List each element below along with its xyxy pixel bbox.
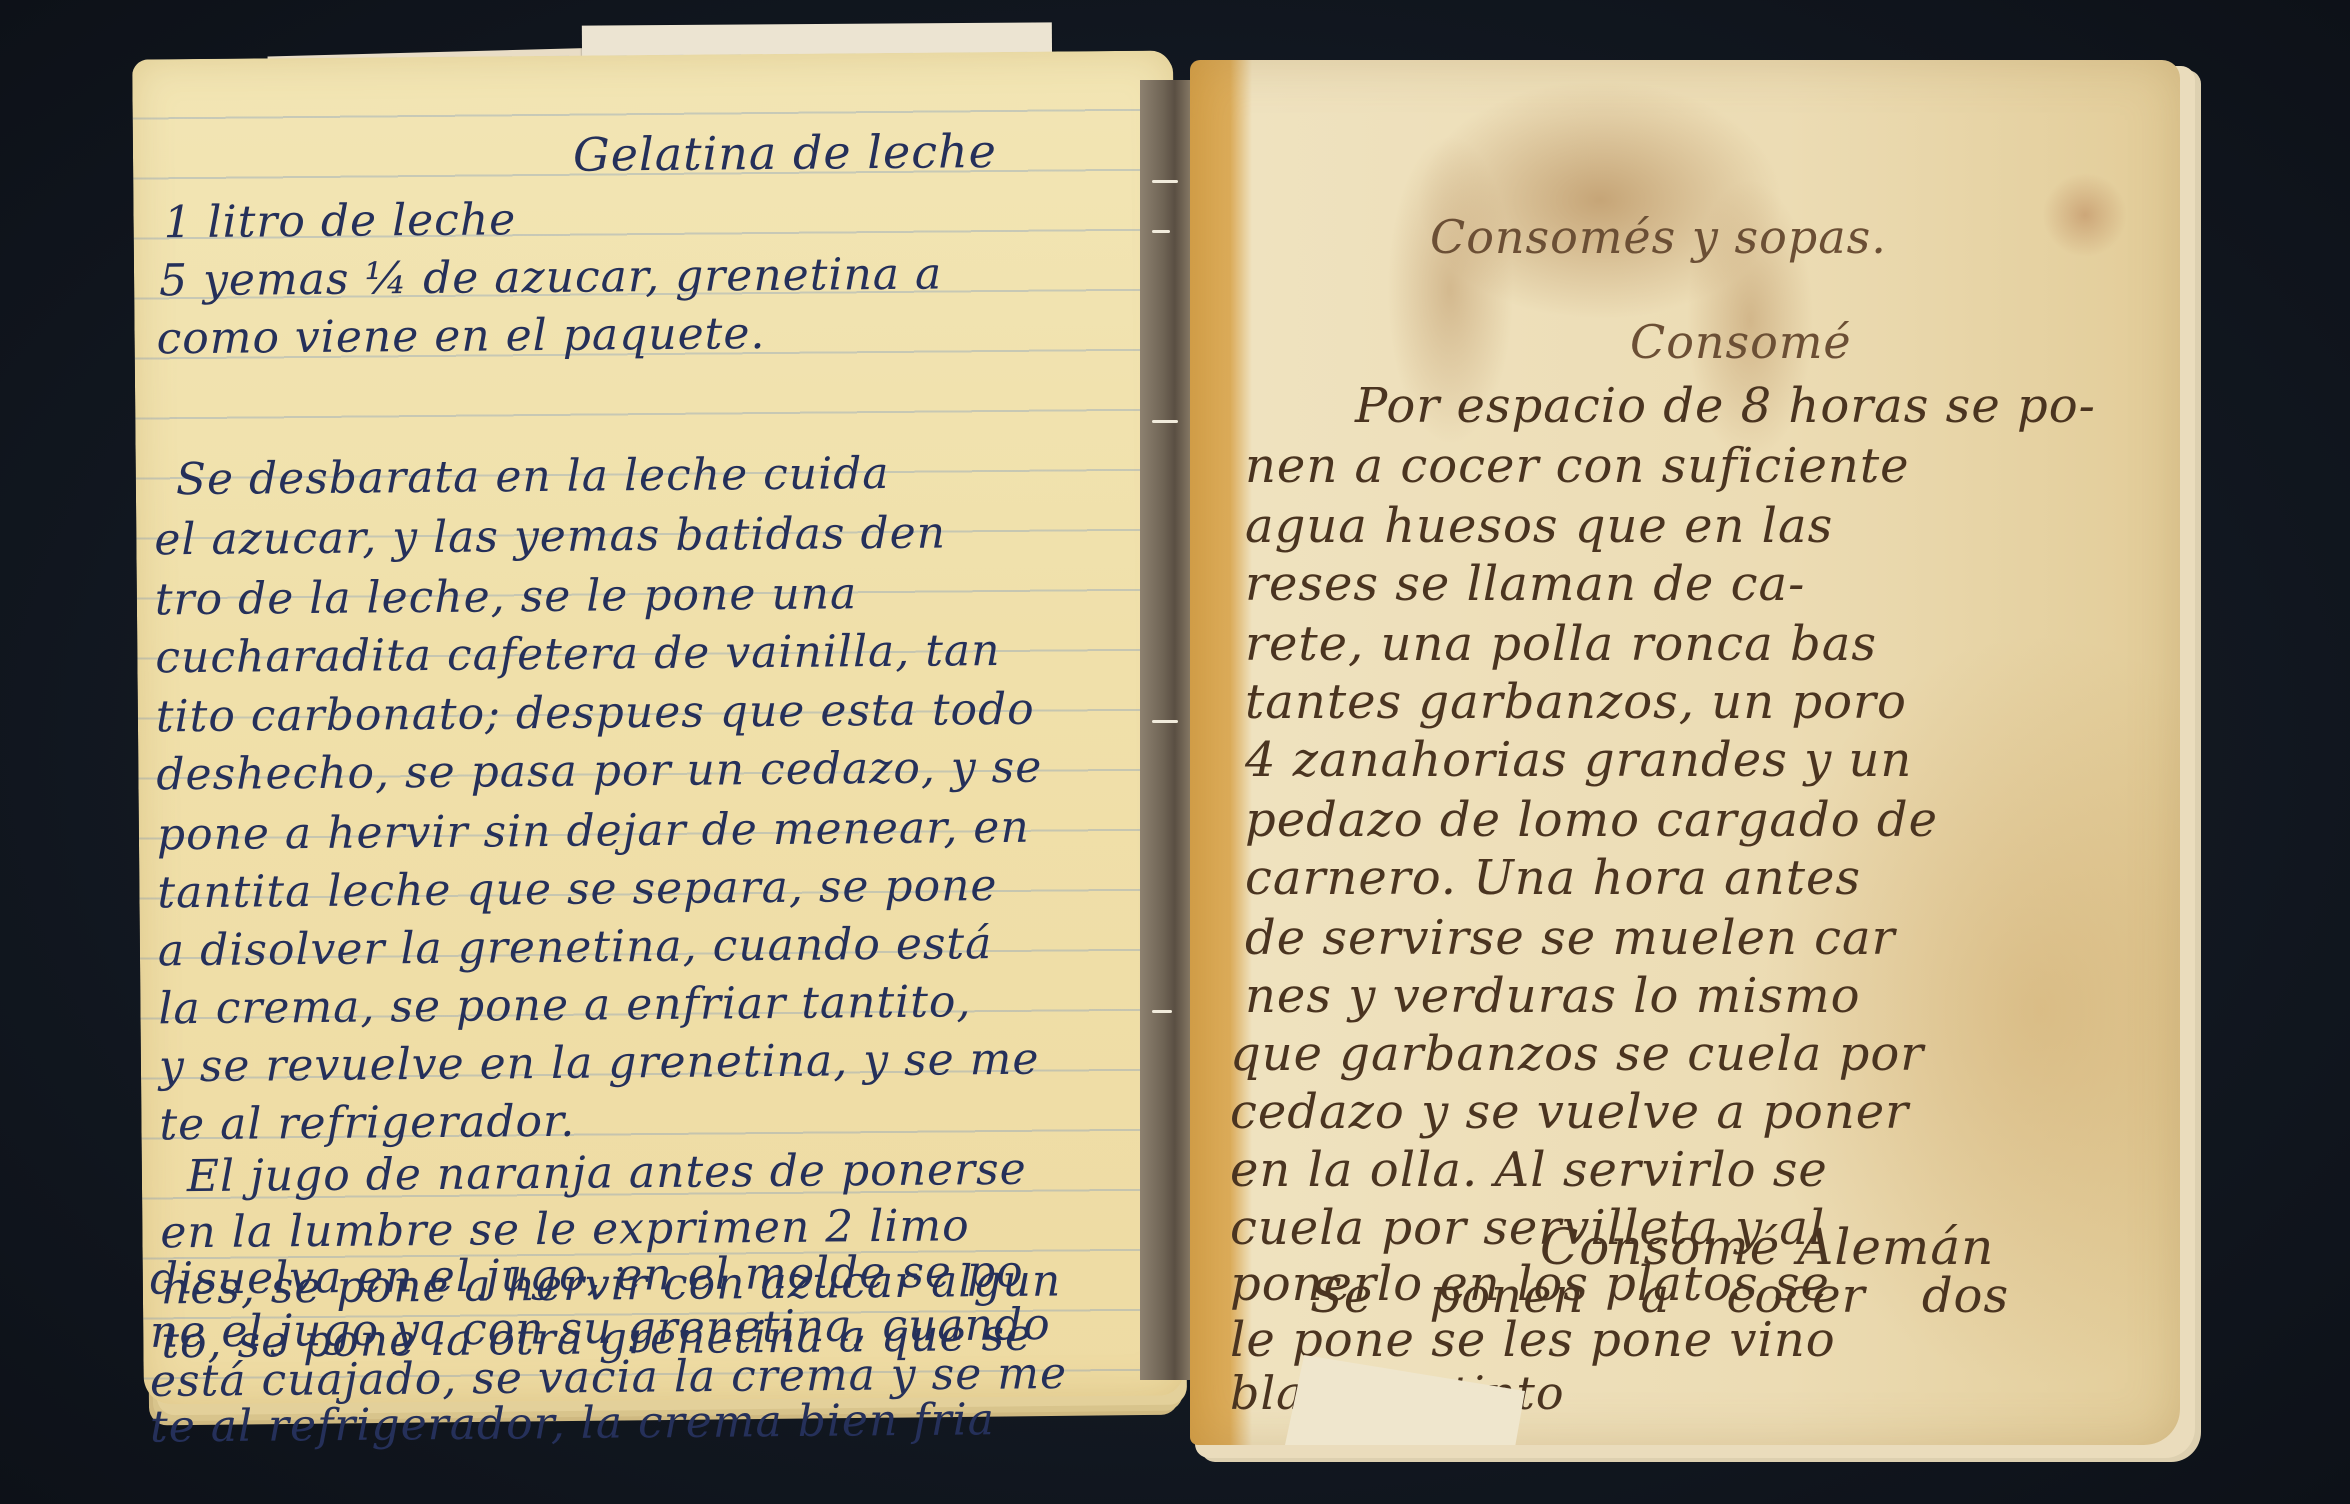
binding-thread (1152, 420, 1178, 423)
text-line: cedazo y se vuelve a poner (1230, 1084, 1909, 1140)
text-line: Se ponen a cocer dos (1310, 1268, 2009, 1324)
text-line: Por espacio de 8 horas se po- (1355, 378, 2096, 434)
text-line: a disolver la grenetina, cuando está (158, 918, 993, 976)
text-line: nes y verduras lo mismo (1245, 968, 1861, 1024)
recipe-title-gelatina: Gelatina de leche (573, 124, 997, 182)
text-line: tantita leche que se separa, se pone (157, 860, 997, 918)
left-page: Gelatina de leche 1 litro de leche 5 yem… (132, 50, 1184, 1404)
text-line: El jugo de naranja antes de ponerse (187, 1144, 1027, 1202)
text-line: pedazo de lomo cargado de (1245, 792, 1938, 848)
text-line: pone a hervir sin dejar de menear, en (157, 802, 1030, 861)
section-heading-consomes: Consomés y sopas. (1430, 210, 1887, 264)
text-line: agua huesos que en las (1245, 498, 1833, 554)
binding-thread (1152, 230, 1170, 233)
text-line: tro de la leche, se le pone una (155, 568, 858, 625)
text-line: la crema, se pone a enfriar tantito, (158, 976, 971, 1034)
text-line: tantes garbanzos, un poro (1245, 674, 1907, 730)
text-line: carnero. Una hora antes (1245, 850, 1861, 906)
text-line: como viene en el paquete. (156, 308, 765, 364)
text-line: Se desbarata en la leche cuida (176, 448, 890, 505)
text-line: 5 yemas ¼ de azucar, grenetina a (159, 249, 943, 307)
text-line: y se revuelve en la grenetina, y se me (159, 1034, 1040, 1093)
text-line: te al refrigerador, la crema bien fria (150, 1394, 995, 1452)
text-line: cucharadita cafetera de vainilla, tan (155, 625, 1001, 683)
text-line: 4 zanahorias grandes y un (1245, 732, 1912, 788)
text-line: 1 litro de leche (163, 194, 516, 248)
text-line: deshecho, se pasa por un cedazo, y se (156, 742, 1042, 801)
text-line: disuelva en el jugo, en el molde se po (150, 1246, 1024, 1305)
binding-thread (1152, 180, 1178, 183)
binding-thread (1152, 720, 1178, 723)
recipe-title-consome: Consomé (1630, 315, 1852, 369)
text-line: nen a cocer con suficiente (1245, 438, 1910, 494)
text-line: tito carbonato; despues que esta todo (156, 684, 1035, 743)
text-line: el azucar, y las yemas batidas den (154, 507, 946, 565)
text-line: reses se llaman de ca- (1245, 556, 1805, 612)
text-line: rete, una polla ronca bas (1245, 616, 1877, 672)
text-line: te al refrigerador. (159, 1096, 575, 1151)
text-line: en la olla. Al servirlo se (1230, 1142, 1828, 1198)
text-line: que garbanzos se cuela por (1230, 1026, 1924, 1082)
binding-thread (1152, 1010, 1172, 1013)
text-line: de servirse se muelen car (1245, 910, 1896, 966)
